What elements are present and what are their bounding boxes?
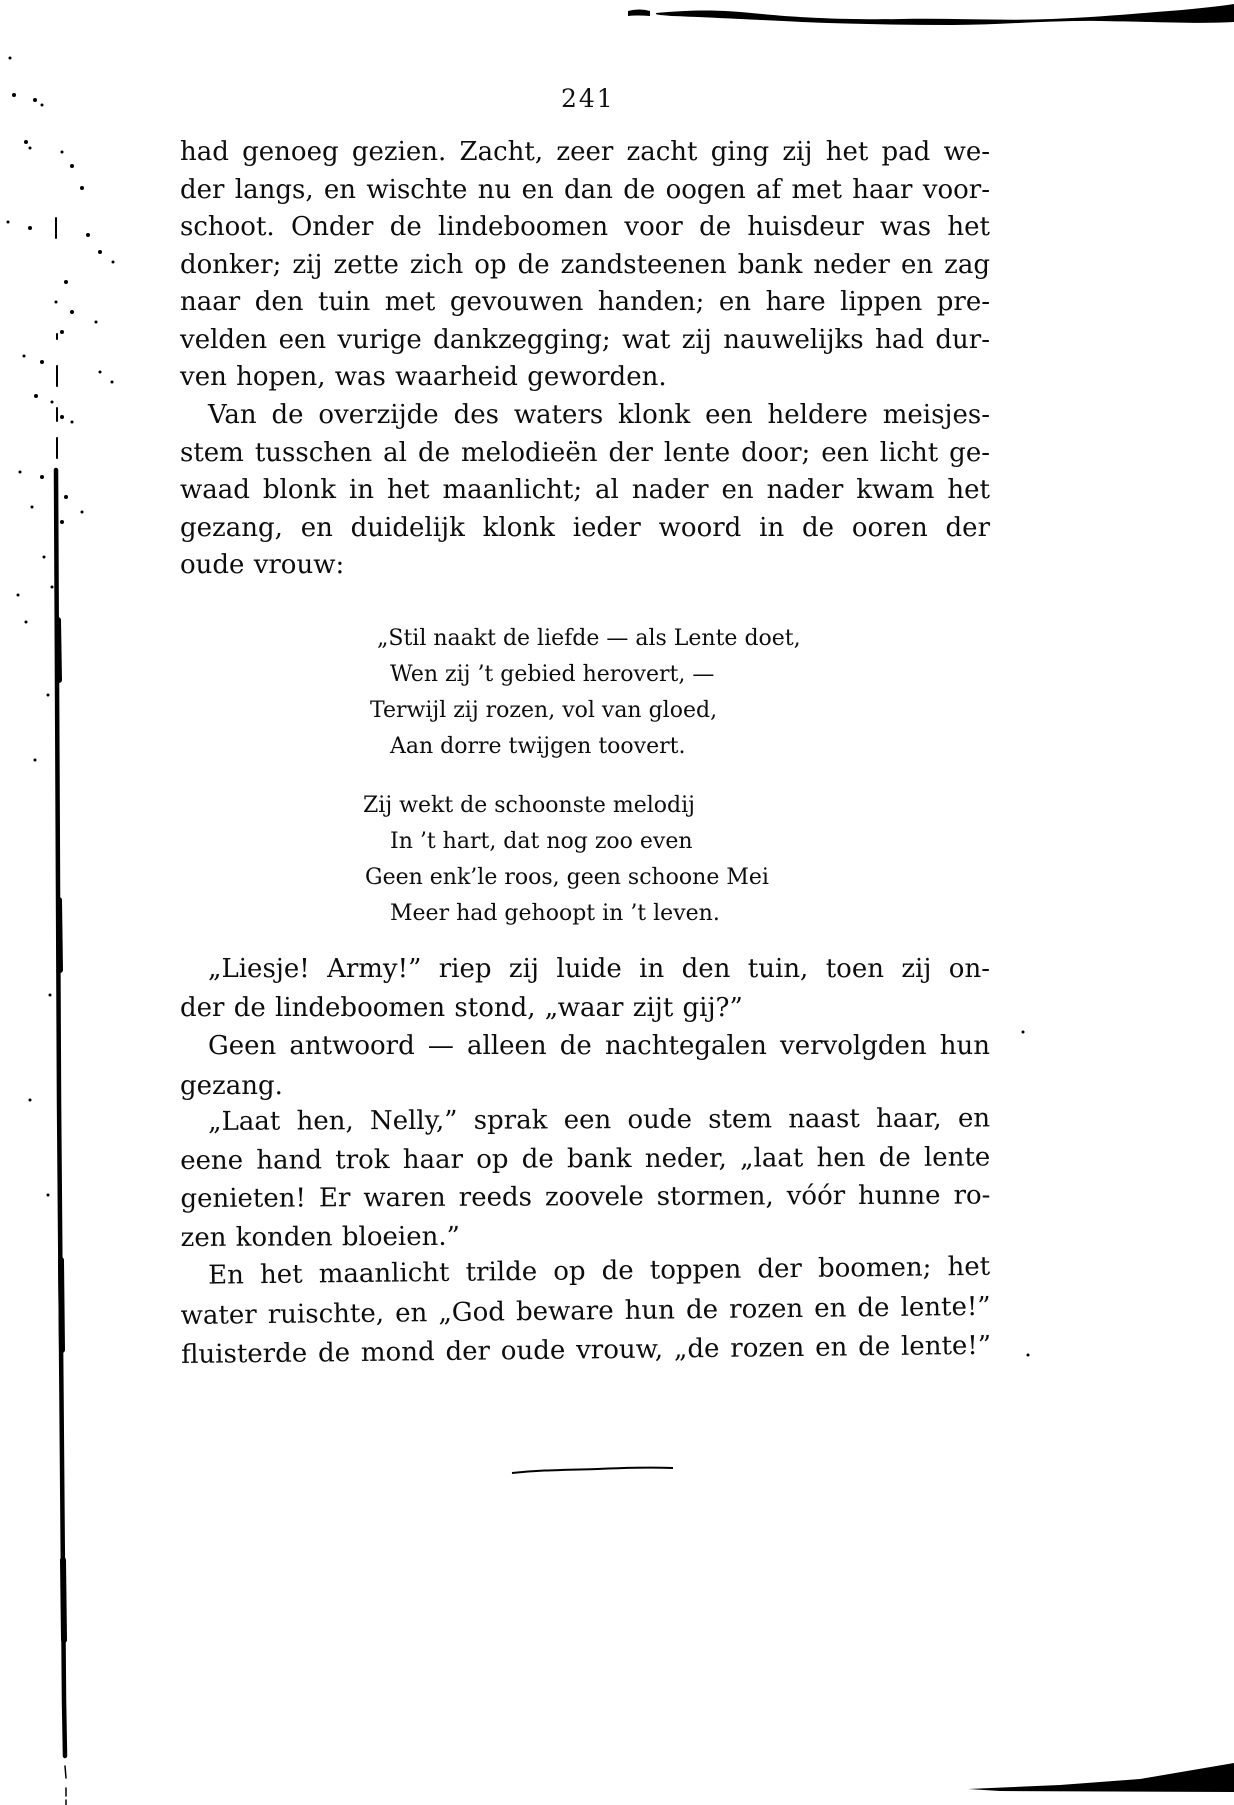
text-line: fluisterde de mond der oude vrouw, „de r… — [181, 1327, 991, 1376]
text-line: donker; zij zette zich op de zandsteenen… — [180, 247, 990, 285]
text-line: had genoeg gezien. Zacht, zeer zacht gin… — [180, 134, 990, 172]
paragraph-3: „Liesje! Army!” riep zij luide in den tu… — [180, 950, 990, 1027]
bottom-edge-smudge-icon — [968, 1763, 1234, 1792]
top-edge-smudge-icon — [628, 4, 1234, 25]
paragraph-2: Van de overzijde des waters klonk een he… — [180, 397, 990, 585]
text-line: der langs, en wischte nu en dan de oogen… — [180, 172, 990, 210]
text-line: „Laat hen, Nelly,” sprak een oude stem n… — [180, 1099, 990, 1141]
paragraph-4: Geen antwoord — alleen de nachtegalen ve… — [180, 1026, 990, 1106]
text-line: genieten! Er waren reeds zoovele stormen… — [180, 1177, 990, 1219]
text-line: velden een vurige dankzegging; wat zij n… — [180, 322, 990, 360]
verse-line: In ’t hart, dat nog zoo even — [390, 824, 990, 860]
text-line: der de lindeboomen stond, „waar zijt gij… — [180, 989, 990, 1028]
text-line: oude vrouw: — [180, 547, 990, 585]
text-line: waad blonk in het maanlicht; al nader en… — [180, 472, 990, 510]
verse-line: Zij wekt de schoonste melodij — [363, 788, 990, 824]
text-line: stem tusschen al de melodieën der lente … — [180, 435, 990, 473]
text-line: naar den tuin met gevouwen handen; en ha… — [180, 284, 990, 322]
verse-line: Terwijl zij rozen, vol van gloed, — [370, 693, 990, 729]
text-line: ven hopen, was waarheid geworden. — [180, 359, 990, 397]
section-divider — [512, 1468, 673, 1473]
verse-line: Meer had gehoopt in ’t leven. — [390, 896, 990, 932]
text-line: schoot. Onder de lindeboomen voor de hui… — [180, 209, 990, 247]
paragraph-6: En het maanlicht trilde op de toppen der… — [180, 1248, 991, 1376]
text-line: „Liesje! Army!” riep zij luide in den tu… — [180, 950, 990, 989]
verse-line: „Stil naakt de liefde — als Lente doet, — [377, 621, 990, 657]
book-page: 241 had genoeg gezien. Zacht, zeer zacht… — [0, 0, 1234, 1805]
text-line: eene hand trok haar op de bank neder, „l… — [180, 1138, 990, 1180]
verse-stanza-1: „Stil naakt de liefde — als Lente doet, … — [180, 621, 990, 765]
paragraph-5: „Laat hen, Nelly,” sprak een oude stem n… — [180, 1099, 991, 1257]
text-line: Van de overzijde des waters klonk een he… — [180, 397, 990, 435]
verse-line: Aan dorre twijgen toovert. — [390, 729, 990, 765]
verse-line: Wen zij ’t gebied herovert, — — [390, 657, 990, 693]
paragraph-1: had genoeg gezien. Zacht, zeer zacht gin… — [180, 134, 990, 397]
verse-line: Geen enk’le roos, geen schoone Mei — [365, 860, 990, 896]
page-number: 241 — [561, 84, 671, 113]
verse-stanza-2: Zij wekt de schoonste melodij In ’t hart… — [180, 788, 990, 932]
text-line: gezang, en duidelijk klonk ieder woord i… — [180, 510, 990, 548]
gutter-line-icon — [56, 218, 66, 1805]
text-line: Geen antwoord — alleen de nachtegalen ve… — [180, 1026, 990, 1066]
